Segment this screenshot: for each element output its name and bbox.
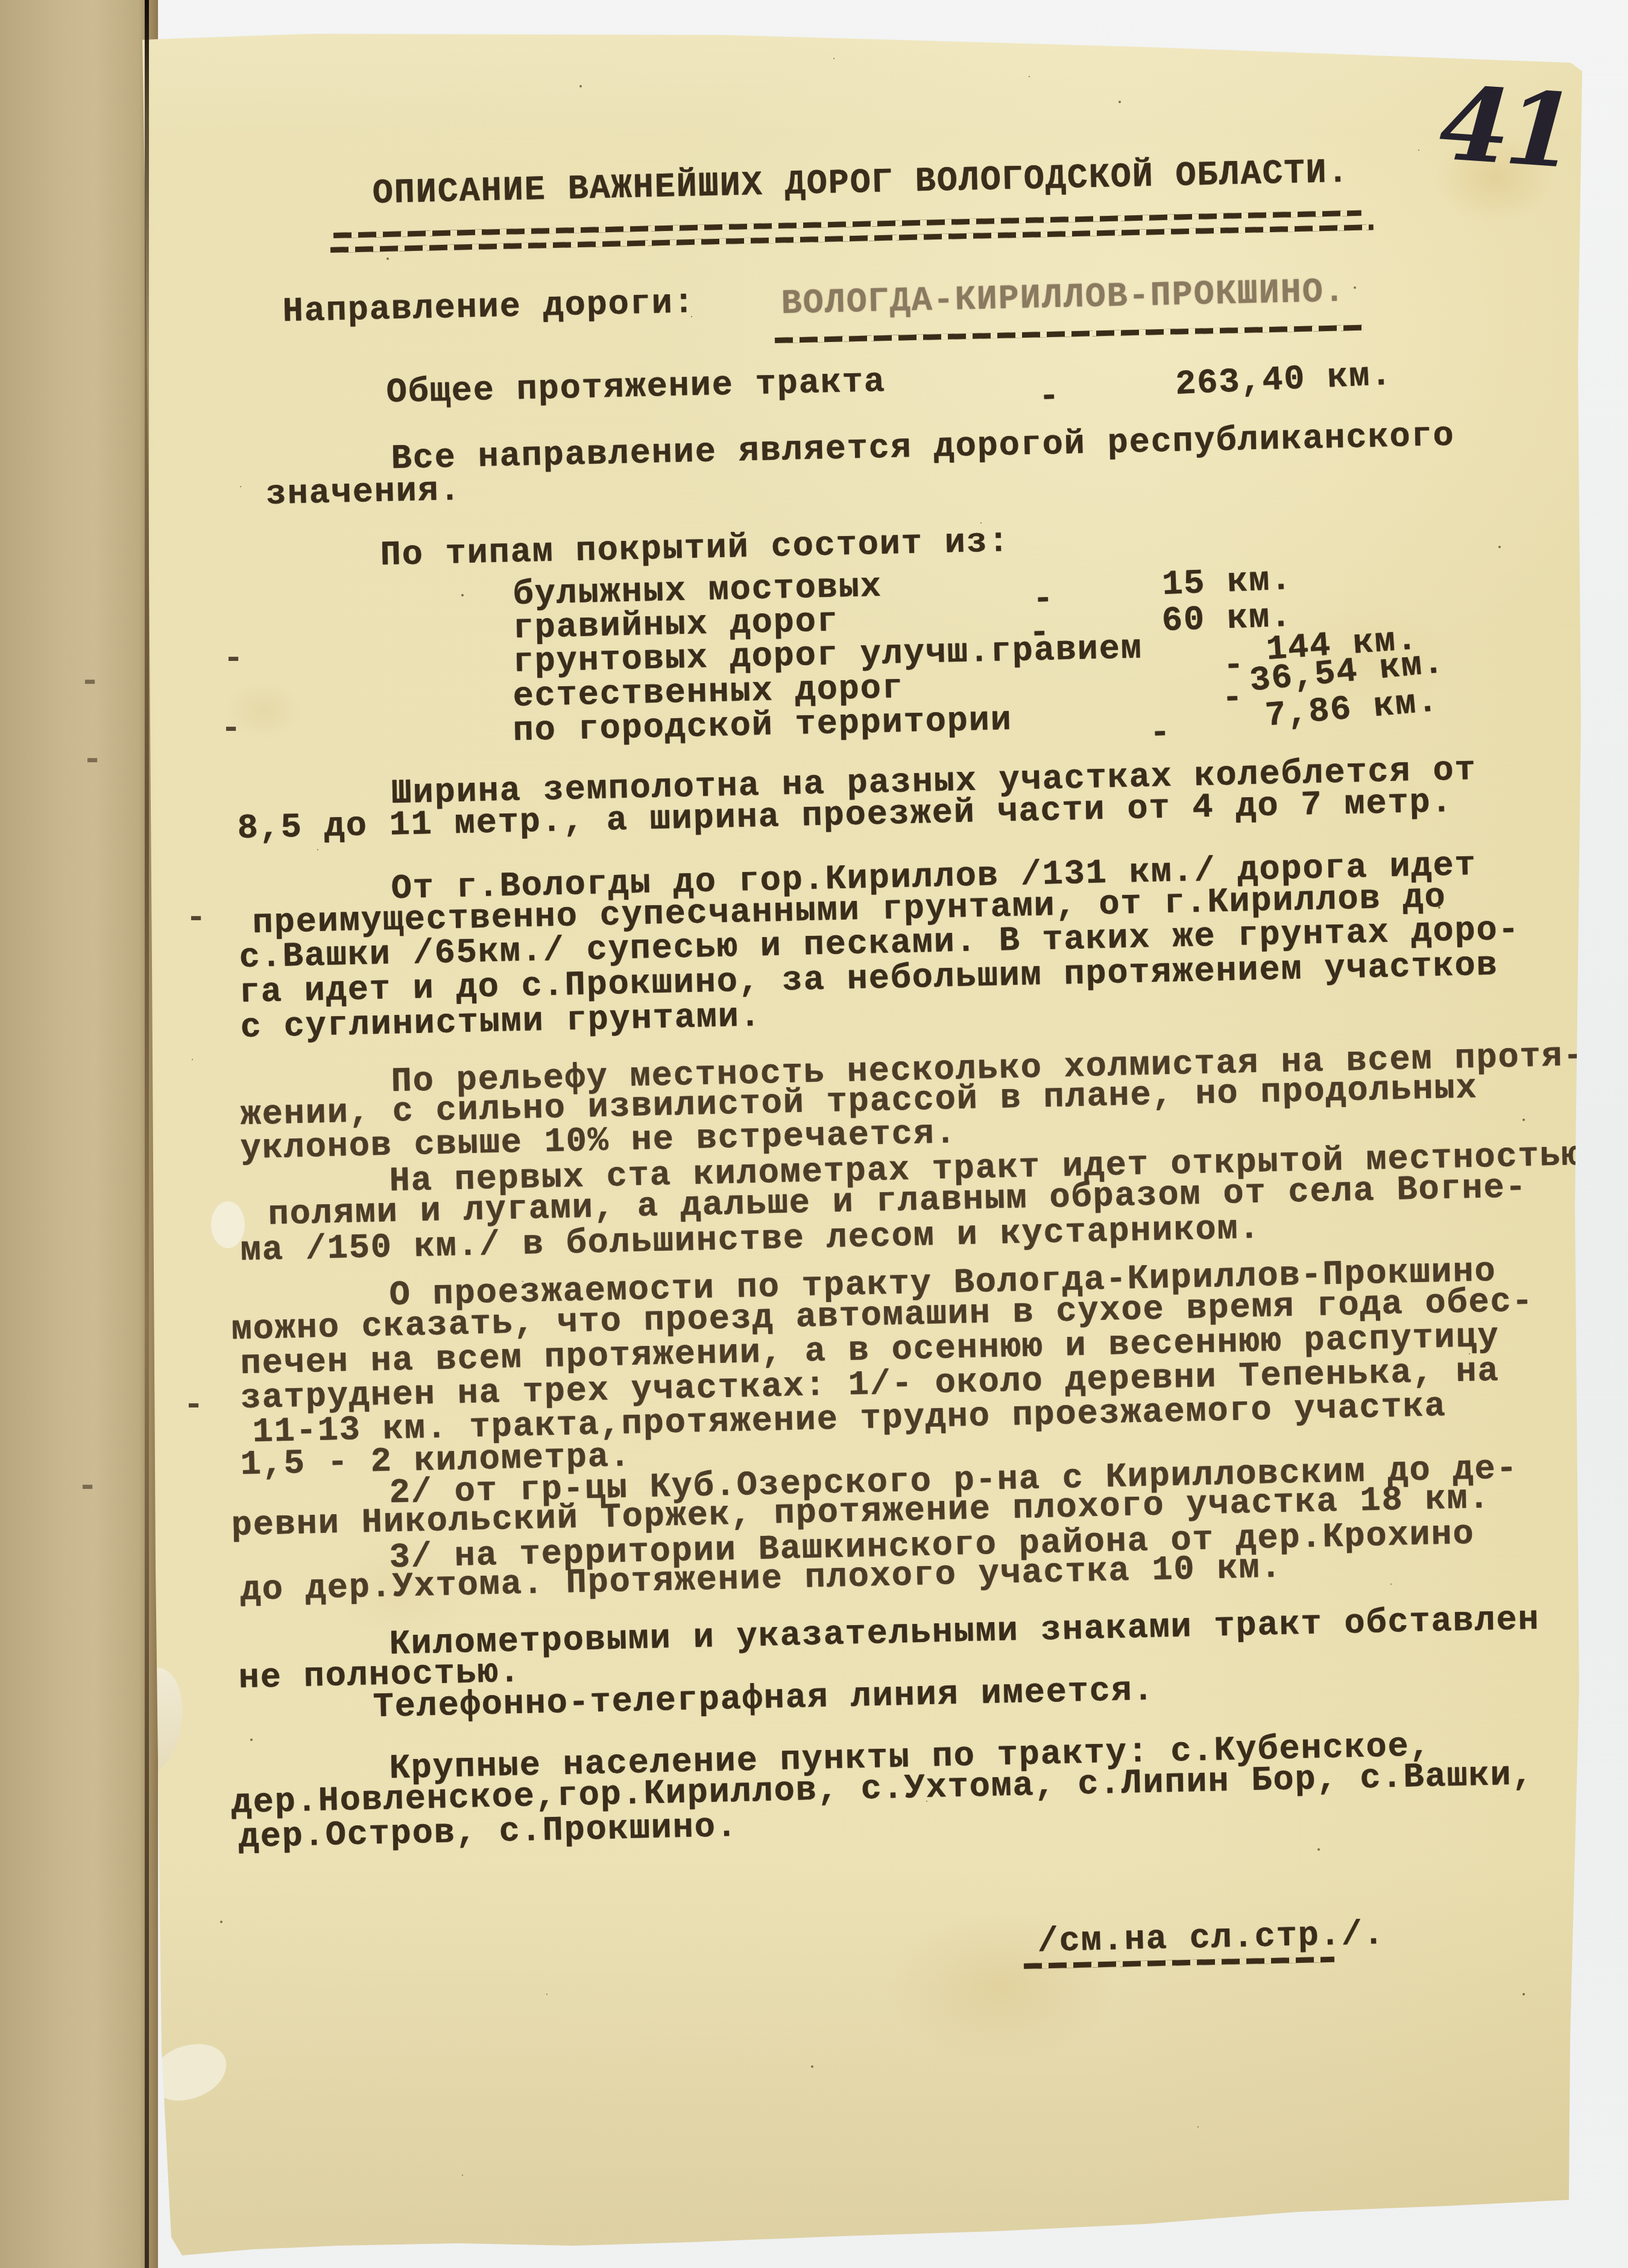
surface-row-dash: - [1032,581,1055,619]
total-length-label: Общее протяжение тракта [386,364,886,412]
margin-mark: - [80,663,100,702]
margin-mark: - [221,710,241,749]
paper-page: ОПИСАНИЕ ВАЖНЕЙШИХ ДОРОГ ВОЛОГОДСКОЙ ОБЛ… [0,0,1628,2268]
surface-row-dash: - [1222,680,1244,718]
paragraph-line: значения. [265,472,461,514]
page-fold-line [145,0,149,2268]
handwritten-page-number: 41 [1436,63,1575,192]
direction-value: ВОЛОГДА-КИРИЛЛОВ-ПРОКШИНО. [781,274,1346,324]
title-underline [330,224,1374,253]
surface-intro: По типам покрытий состоит из: [380,523,1010,575]
paragraph-line: Километровыми и указательными знаками тр… [389,1601,1540,1664]
margin-mark: - [223,640,244,679]
surface-row-dash: - [1149,715,1172,753]
scanned-document: ОПИСАНИЕ ВАЖНЕЙШИХ ДОРОГ ВОЛОГОДСКОЙ ОБЛ… [0,0,1628,2268]
margin-mark: - [186,900,206,938]
torn-paper-patch [147,2038,232,2106]
footer-note: /см.на сл.стр./. [1037,1916,1385,1961]
margin-mark: - [183,1387,204,1426]
margin-mark: - [77,1468,98,1507]
torn-paper-patch [211,1201,245,1248]
paragraph-line: Все направление является дорогой республ… [391,418,1455,479]
total-length-value: 263,40 км. [1175,357,1393,405]
total-length-dash: - [1038,378,1061,416]
document-title: ОПИСАНИЕ ВАЖНЕЙШИХ ДОРОГ ВОЛОГОДСКОЙ ОБЛ… [372,154,1349,213]
title-underline [333,210,1361,238]
underlying-page-edge [0,0,158,2268]
direction-label: Направление дороги: [282,285,695,332]
margin-mark: - [82,742,103,780]
direction-underline [775,325,1363,343]
